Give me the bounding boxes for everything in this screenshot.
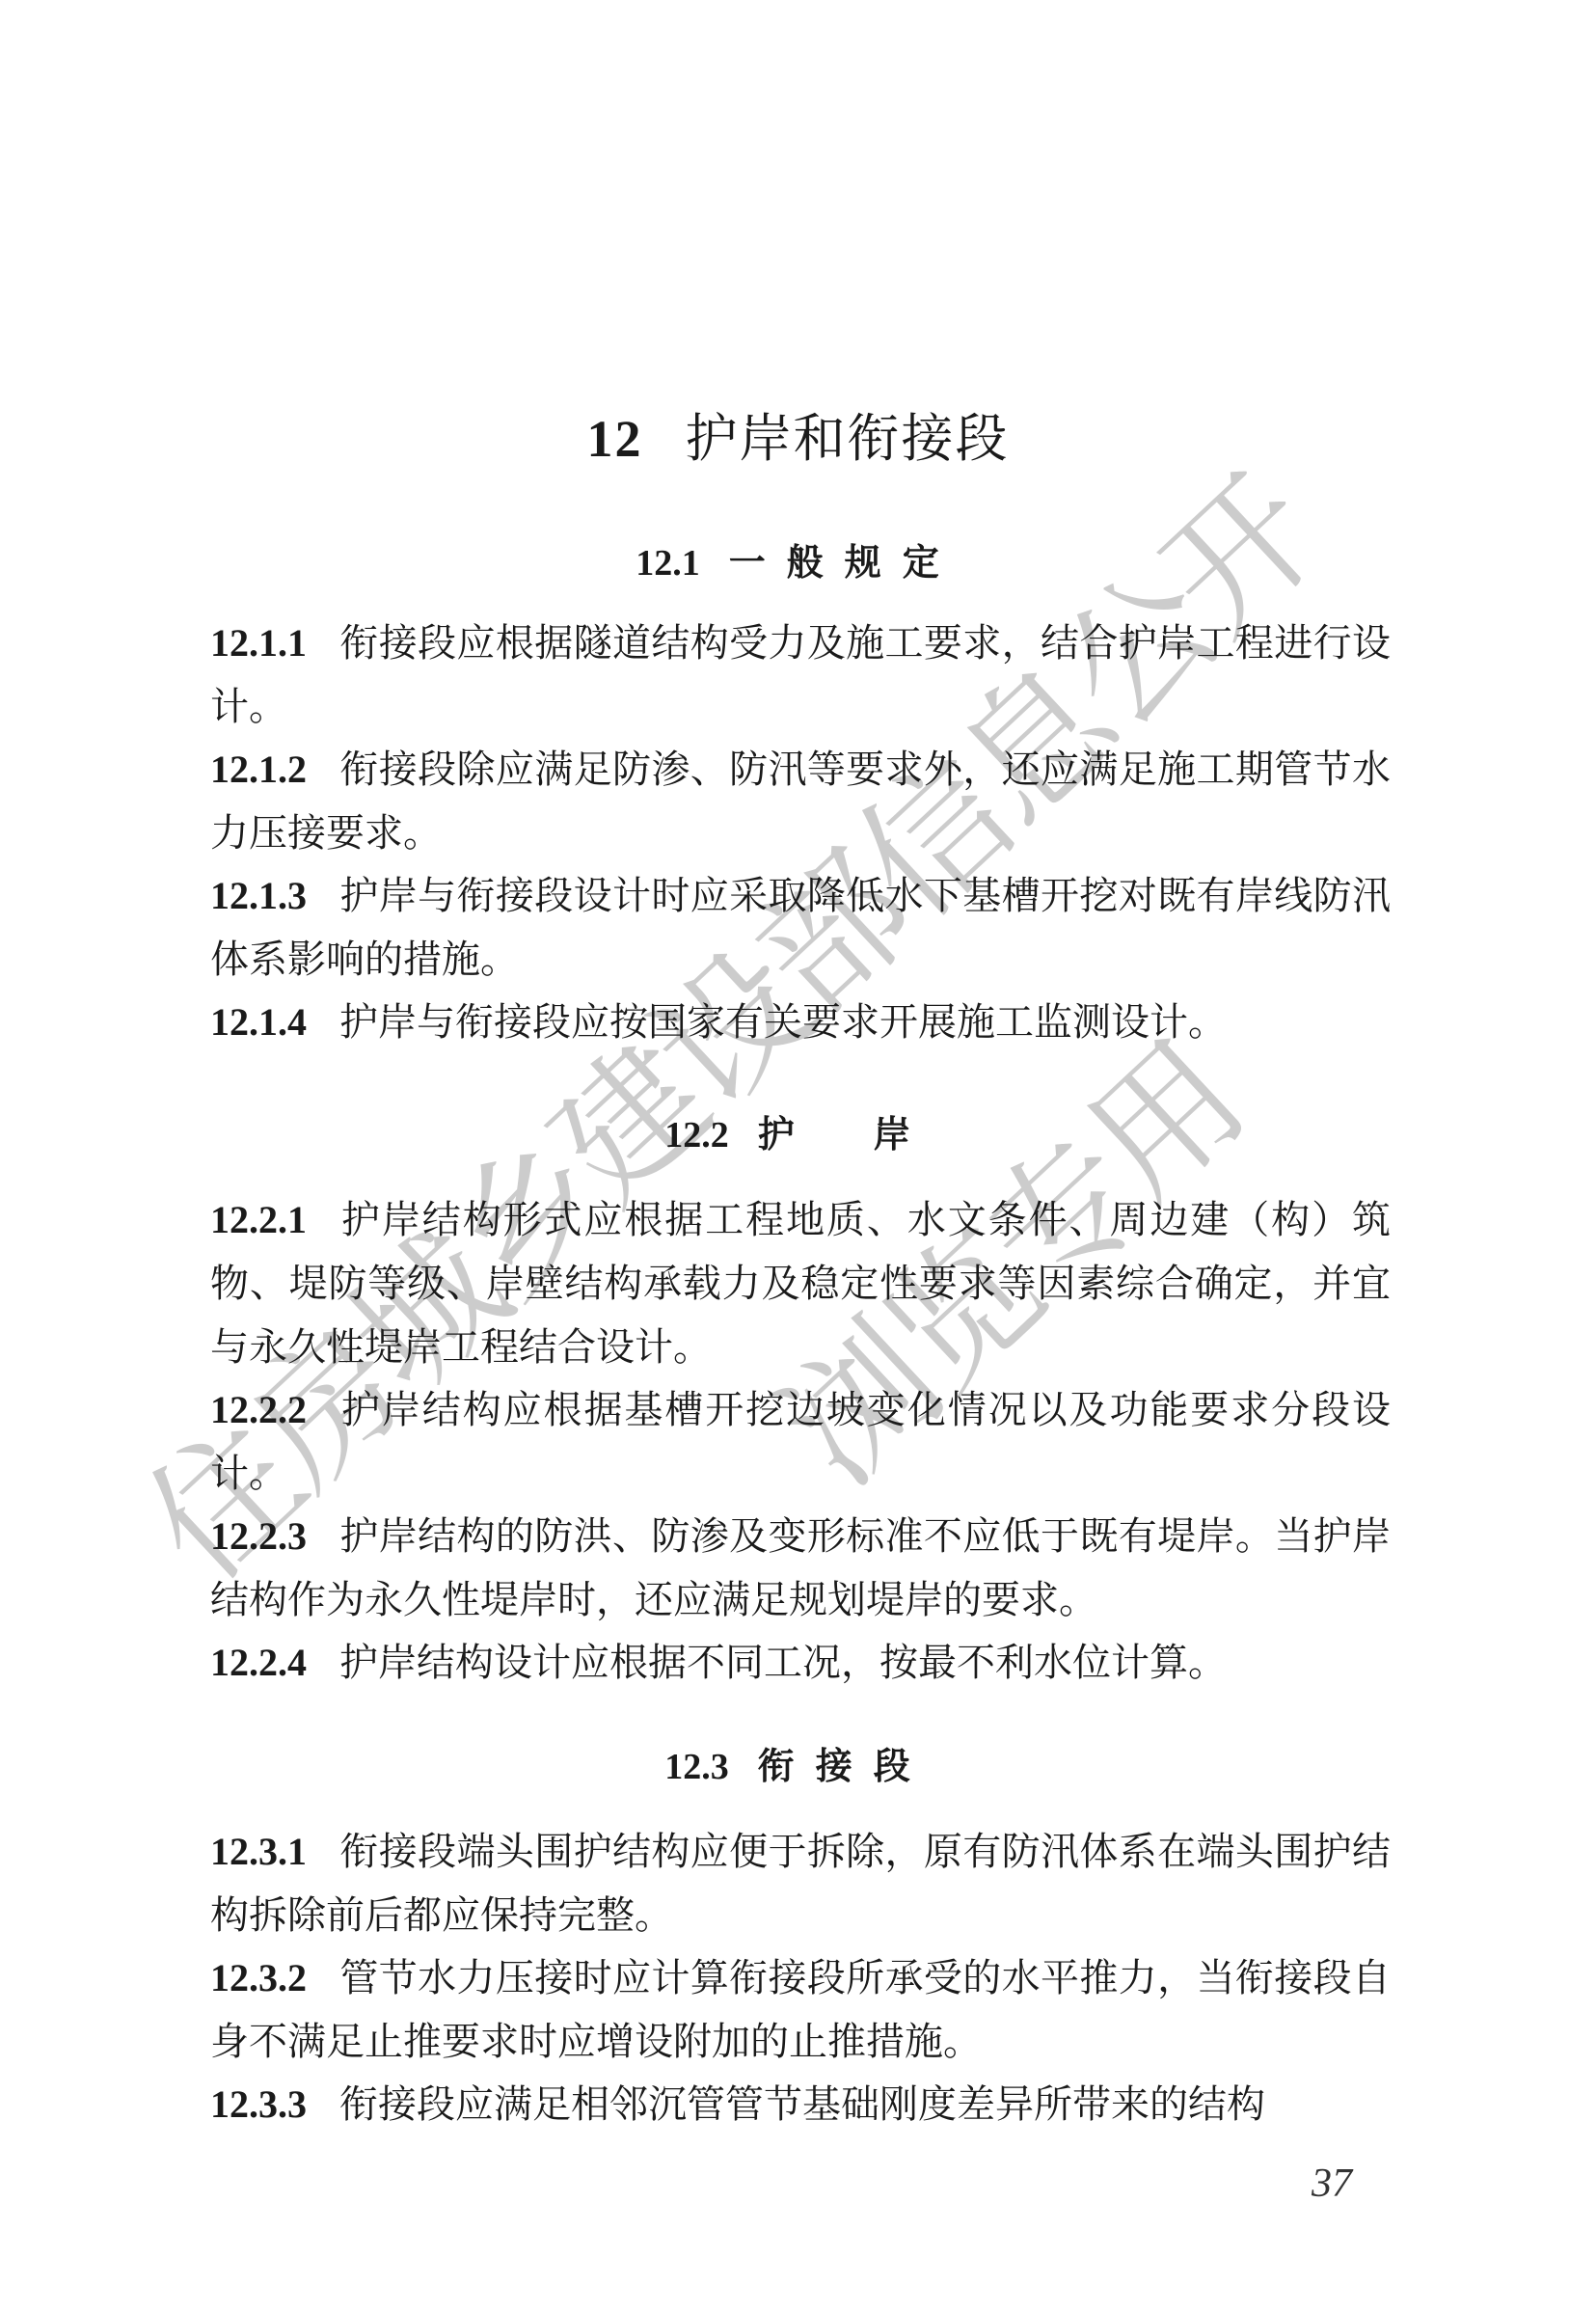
section-title-text: 衔接段 [758,1744,932,1787]
clause-text: 护岸结构形式应根据工程地质、水文条件、周边建（构）筑物、堤防等级、岸壁结构承载力… [210,1198,1391,1370]
clause: 12.1.1衔接段应根据隧道结构受力及施工要求，结合护岸工程进行设计。 [210,612,1391,739]
clause: 12.2.2护岸结构应根据基槽开挖边坡变化情况以及功能要求分段设计。 [210,1378,1391,1506]
clause-number: 12.1.3 [210,874,307,917]
clause: 12.1.3护岸与衔接段设计时应采取降低水下基槽开挖对既有岸线防汛体系影响的措施… [210,864,1391,992]
document-page: 住房城乡建设部信息公开 浏览专用 12护岸和衔接段 12.1一般规定 12.1.… [0,0,1596,2311]
section-number: 12.2 [664,1115,729,1155]
section-title-text: 护 岸 [758,1112,932,1155]
clause: 12.2.1护岸结构形式应根据工程地质、水文条件、周边建（构）筑物、堤防等级、岸… [210,1188,1391,1379]
clause-number: 12.2.2 [210,1388,307,1431]
clause: 12.1.4护岸与衔接段应按国家有关要求开展施工监测设计。 [210,991,1391,1054]
section-heading: 12.1一般规定 [0,532,1596,585]
clause-text: 护岸结构设计应根据不同工况，按最不利水位计算。 [339,1641,1227,1685]
clause: 12.2.3护岸结构的防洪、防渗及变形标准不应低于既有堤岸。当护岸结构作为永久性… [210,1505,1391,1632]
clause-text: 衔接段端头围护结构应便于拆除，原有防汛体系在端头围护结构拆除前后都应保持完整。 [210,1830,1391,1938]
section-number: 12.1 [636,543,700,584]
section-heading: 12.3衔接段 [0,1736,1596,1789]
clause-number: 12.1.4 [210,1000,307,1044]
clause: 12.3.1衔接段端头围护结构应便于拆除，原有防汛体系在端头围护结构拆除前后都应… [210,1820,1391,1947]
clause-text: 护岸结构的防洪、防渗及变形标准不应低于既有堤岸。当护岸结构作为永久性堤岸时，还应… [210,1514,1391,1622]
clause-number: 12.2.3 [210,1514,307,1558]
clause-number: 12.3.2 [210,1956,307,1999]
clause-number: 12.3.1 [210,1830,307,1873]
section-title-text: 一般规定 [729,540,960,584]
clause-text: 护岸与衔接段设计时应采取降低水下基槽开挖对既有岸线防汛体系影响的措施。 [210,874,1391,982]
clause-text: 护岸与衔接段应按国家有关要求开展施工监测设计。 [339,1000,1227,1045]
chapter-number: 12 [587,410,643,468]
clause-number: 12.2.1 [210,1198,307,1241]
clause-number: 12.1.2 [210,748,307,791]
clause-text: 衔接段除应满足防渗、防汛等要求外，还应满足施工期管节水力压接要求。 [210,748,1391,856]
clause-text: 衔接段应满足相邻沉管管节基础刚度差异所带来的结构 [339,2082,1265,2127]
chapter-title-text: 护岸和衔接段 [686,408,1010,469]
clause-text: 护岸结构应根据基槽开挖边坡变化情况以及功能要求分段设计。 [210,1388,1391,1496]
clause: 12.3.3衔接段应满足相邻沉管管节基础刚度差异所带来的结构 [210,2073,1391,2136]
clause: 12.3.2管节水力压接时应计算衔接段所承受的水平推力，当衔接段自身不满足止推要… [210,1946,1391,2074]
section-heading: 12.2护 岸 [0,1104,1596,1157]
section-number: 12.3 [664,1747,729,1787]
clause: 12.2.4护岸结构设计应根据不同工况，按最不利水位计算。 [210,1631,1391,1695]
clause-number: 12.2.4 [210,1641,307,1684]
clause-text: 管节水力压接时应计算衔接段所承受的水平推力，当衔接段自身不满足止推要求时应增设附… [210,1956,1391,2064]
page-number: 37 [1312,2161,1352,2207]
clause: 12.1.2衔接段除应满足防渗、防汛等要求外，还应满足施工期管节水力压接要求。 [210,738,1391,865]
clause-number: 12.1.1 [210,621,307,665]
chapter-title: 12护岸和衔接段 [0,397,1596,472]
clause-number: 12.3.3 [210,2082,307,2126]
clause-text: 衔接段应根据隧道结构受力及施工要求，结合护岸工程进行设计。 [210,621,1391,729]
